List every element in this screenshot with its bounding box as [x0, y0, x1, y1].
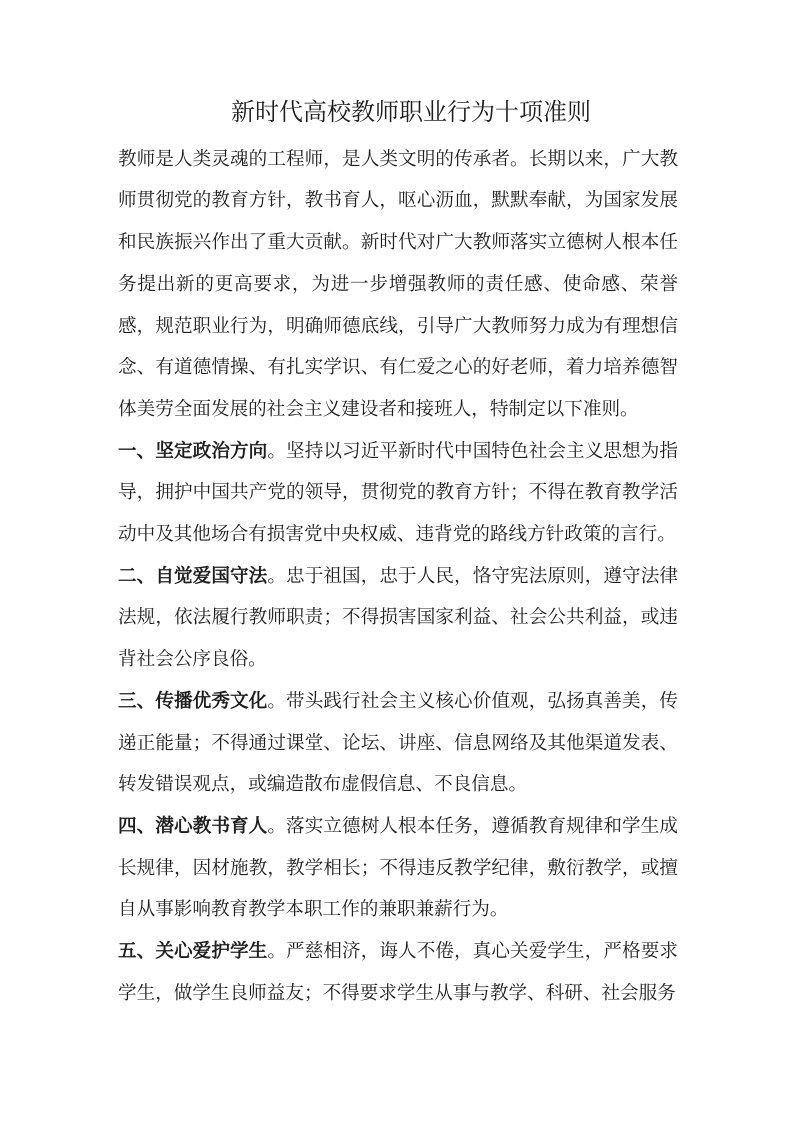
guideline-heading-2: 二、自觉爱国守法 [118, 566, 267, 587]
guideline-item-5: 五、关心爱护学生。严慈相济，诲人不倦，真心关爱学生，严格要求学生，做学生良师益友… [118, 931, 678, 1014]
guideline-item-1: 一、坚定政治方向。坚持以习近平新时代中国特色社会主义思想为指导，拥护中国共产党的… [118, 431, 678, 556]
guideline-item-4: 四、潜心教书育人。落实立德树人根本任务，遵循教育规律和学生成长规律，因材施教，教… [118, 806, 678, 931]
document-page: 新时代高校教师职业行为十项准则 教师是人类灵魂的工程师，是人类文明的传承者。长期… [0, 0, 793, 1122]
guideline-heading-5: 五、关心爱护学生 [118, 941, 267, 962]
guideline-item-3: 三、传播优秀文化。带头践行社会主义核心价值观，弘扬真善美，传递正能量；不得通过课… [118, 681, 678, 806]
guideline-heading-1: 一、坚定政治方向 [118, 441, 267, 462]
intro-paragraph: 教师是人类灵魂的工程师，是人类文明的传承者。长期以来，广大教师贯彻党的教育方针，… [118, 139, 678, 431]
guideline-item-2: 二、自觉爱国守法。忠于祖国，忠于人民，恪守宪法原则，遵守法律法规，依法履行教师职… [118, 556, 678, 681]
guideline-heading-3: 三、传播优秀文化 [118, 691, 267, 712]
guideline-heading-4: 四、潜心教书育人 [118, 816, 267, 837]
document-title: 新时代高校教师职业行为十项准则 [131, 93, 691, 135]
